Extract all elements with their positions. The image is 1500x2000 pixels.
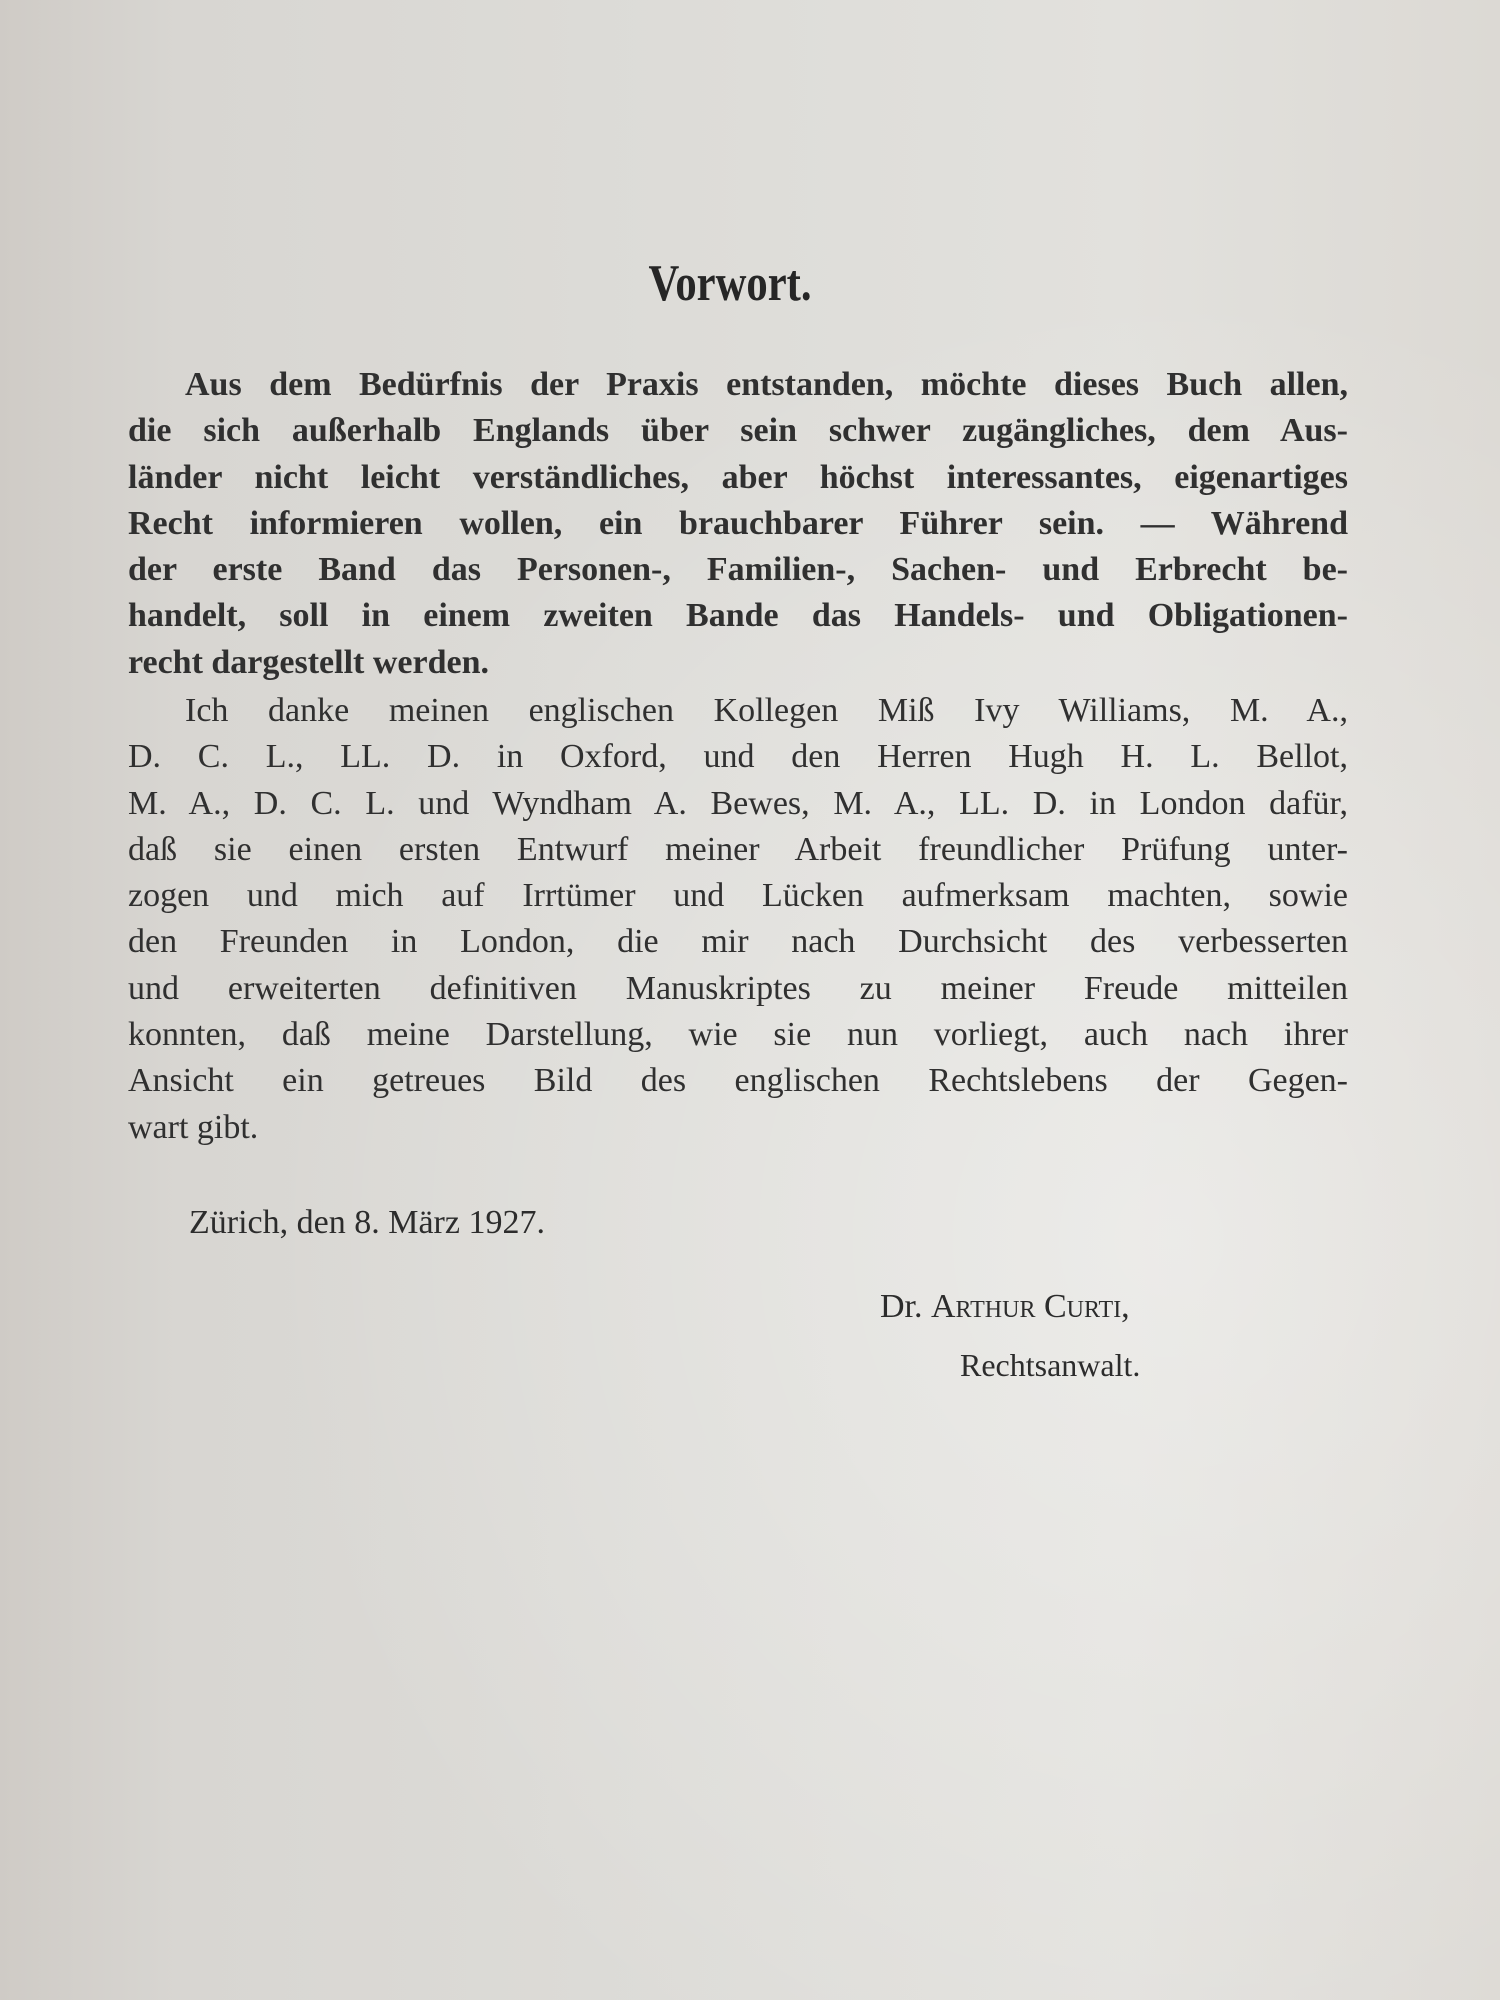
text-line: und erweiterten definitiven Manuskriptes… bbox=[128, 966, 1348, 1012]
text-line: daß sie einen ersten Entwurf meiner Arbe… bbox=[128, 827, 1348, 873]
signature-name: Arthur Curti, bbox=[931, 1288, 1130, 1325]
text-line: Ich danke meinen englischen Kollegen Miß… bbox=[128, 688, 1348, 734]
text-line: Recht informieren wollen, ein brauchbare… bbox=[128, 501, 1348, 547]
signature: Dr. Arthur Curti, bbox=[880, 1288, 1130, 1326]
text-line: handelt, soll in einem zweiten Bande das… bbox=[128, 593, 1348, 639]
text-line: M. A., D. C. L. und Wyndham A. Bewes, M.… bbox=[128, 781, 1348, 827]
signature-role: Rechtsanwalt. bbox=[960, 1347, 1140, 1384]
text-line: die sich außerhalb Englands über sein sc… bbox=[128, 408, 1348, 454]
text-line: Aus dem Bedürfnis der Praxis entstanden,… bbox=[128, 362, 1348, 408]
text-line: wart gibt. bbox=[128, 1105, 1348, 1151]
text-line: länder nicht leicht verständliches, aber… bbox=[128, 455, 1348, 501]
text-line: D. C. L., LL. D. in Oxford, und den Herr… bbox=[128, 734, 1348, 780]
paragraph-intro: Aus dem Bedürfnis der Praxis entstanden,… bbox=[128, 362, 1348, 686]
text-line: den Freunden in London, die mir nach Dur… bbox=[128, 919, 1348, 965]
book-page: Vorwort. Aus dem Bedürfnis der Praxis en… bbox=[0, 0, 1500, 2000]
place-date: Zürich, den 8. März 1927. bbox=[189, 1204, 545, 1242]
signature-prefix: Dr. bbox=[880, 1288, 923, 1325]
page-title: Vorwort. bbox=[131, 254, 1328, 313]
paragraph-acknowledgements: Ich danke meinen englischen Kollegen Miß… bbox=[128, 688, 1348, 1151]
text-line: Ansicht ein getreues Bild des englischen… bbox=[128, 1058, 1348, 1104]
text-line: recht dargestellt werden. bbox=[128, 640, 1348, 686]
text-line: der erste Band das Personen-, Familien-,… bbox=[128, 547, 1348, 593]
text-line: konnten, daß meine Darstellung, wie sie … bbox=[128, 1012, 1348, 1058]
text-line: zogen und mich auf Irrtümer und Lücken a… bbox=[128, 873, 1348, 919]
